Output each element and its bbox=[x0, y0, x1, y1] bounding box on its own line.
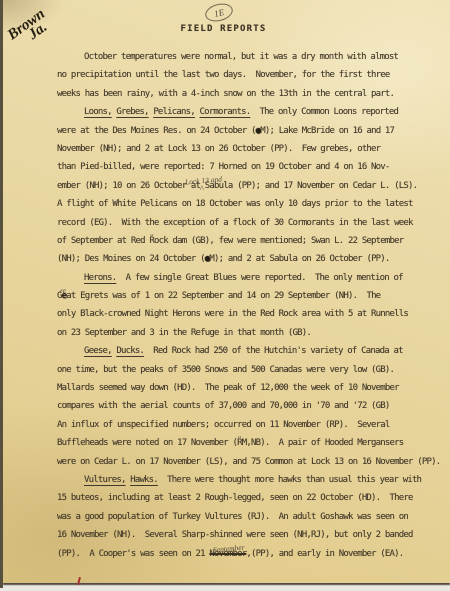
text-line: only Black-crowned Night Herons were in … bbox=[57, 305, 448, 323]
text-segment: were at the Des Moines Res. on 24 Octobe… bbox=[57, 126, 256, 136]
text-line: Vultures, Hawks. There were thought more… bbox=[57, 471, 448, 489]
text-segment: An influx of unspecified numbers; occurr… bbox=[57, 420, 390, 430]
text-line: was a good population of Turkey Vultures… bbox=[57, 508, 448, 526]
text-segment: Ducks. bbox=[116, 346, 144, 356]
document-body: October temperatures were normal, but it… bbox=[57, 48, 448, 563]
circled-page-mark-text: 1E bbox=[213, 6, 225, 18]
text-segment: M); and 2 at Sabula on 26 October (PP). bbox=[209, 254, 389, 264]
text-segment: Mallards seemed way down (HD). The peak … bbox=[57, 383, 399, 393]
text-segment: on 23 September and 3 in the Refuge in t… bbox=[57, 328, 311, 338]
text-segment: Herons. bbox=[84, 273, 116, 283]
text-line: of September at Red R̈ock dam (GB), few … bbox=[57, 232, 448, 250]
text-line: 15 buteos, including at least 2 Rough-le… bbox=[57, 489, 448, 507]
text-segment: were on Cedar L. on 17 November (LS), an… bbox=[57, 457, 440, 467]
text-line: than Pied-billed, were reported: 7 Horne… bbox=[57, 158, 448, 176]
text-line: were on Cedar L. on 17 November (LS), an… bbox=[57, 453, 448, 471]
text-segment: only Black-crowned Night Herons were in … bbox=[57, 309, 408, 319]
text-line: Buffleheads were noted on 17 November (R… bbox=[57, 434, 448, 452]
text-line: Loons, Grebes, Pelicans, Cormorants. The… bbox=[57, 103, 448, 121]
text-line: Gereat Egrets was of 1 on 22 September a… bbox=[57, 287, 448, 305]
text-segment: compares with the aerial counts of 37,00… bbox=[57, 401, 390, 411]
text-segment: A few single Great Blues were reported. … bbox=[116, 273, 402, 283]
document-title: FIELD REPORTS bbox=[3, 24, 444, 34]
text-segment: October temperatures were normal, but it… bbox=[84, 52, 398, 62]
text-line: An influx of unspecified numbers; occurr… bbox=[57, 416, 448, 434]
text-line: Herons. A few single Great Blues were re… bbox=[57, 269, 448, 287]
text-segment: Red Rock had 250 of the Hutchin's variet… bbox=[144, 346, 403, 356]
text-line: November (NH); and 2 at Lock 13 on 26 Oc… bbox=[57, 140, 448, 158]
text-segment: ember (NH); 10 on 26 October at bbox=[57, 181, 205, 191]
text-segment: 15 buteos, including at least 2 Rough-le… bbox=[57, 493, 413, 503]
text-segment: (PP); and 17 November on Cedar L. (LS). bbox=[233, 181, 418, 191]
text-segment: (NH); Des Moines on 24 October ( bbox=[57, 254, 205, 264]
text-segment: A flight of White Pelicans on 18 October… bbox=[57, 199, 413, 209]
text-segment: (PP). A Cooper's was seen on 21 bbox=[57, 549, 209, 559]
text-line: on 23 September and 3 in the Refuge in t… bbox=[57, 324, 448, 342]
text-line: A flight of White Pelicans on 18 October… bbox=[57, 195, 448, 213]
text-segment: than Pied-billed, were reported: 7 Horne… bbox=[57, 162, 390, 172]
text-segment: M); Lake McBride on 16 and 17 bbox=[260, 126, 394, 136]
scan-edge bbox=[0, 0, 3, 588]
handwritten-annotation: re bbox=[59, 282, 67, 301]
text-line: were at the Des Moines Res. on 24 Octobe… bbox=[57, 122, 448, 140]
text-segment: The only Common Loons reported bbox=[250, 107, 398, 117]
text-segment: There were thought more hawks than usual… bbox=[158, 475, 421, 485]
text-segment: weeks has been rainy, with a 4-inch snow… bbox=[57, 89, 394, 99]
text-line: one time, but the peaks of 3500 Snows an… bbox=[57, 361, 448, 379]
text-line: Geese, Ducks. Red Rock had 250 of the Hu… bbox=[57, 342, 448, 360]
text-line: ember (NH); 10 on 26 October at SabulaLo… bbox=[57, 177, 448, 195]
text-segment: at Egrets was of 1 on 22 September and 1… bbox=[66, 291, 380, 301]
text-segment: ,(PP), and early in November (EA). bbox=[246, 549, 403, 559]
text-segment: Cormorants. bbox=[200, 107, 251, 117]
text-segment: Grebes, bbox=[116, 107, 148, 117]
text-line: October temperatures were normal, but it… bbox=[57, 48, 448, 66]
caret-annotation: ^ bbox=[200, 180, 204, 198]
text-segment: ere bbox=[62, 291, 67, 301]
text-line: (PP). A Cooper's was seen on 21 November… bbox=[57, 545, 448, 563]
text-segment: Geese, bbox=[84, 346, 112, 356]
text-segment: was a good population of Turkey Vultures… bbox=[57, 512, 408, 522]
text-segment: no precipitation until the last two days… bbox=[57, 70, 390, 80]
text-segment: Buffleheads were noted on 17 November (R… bbox=[57, 438, 403, 448]
text-line: (NH); Des Moines on 24 October (●M); and… bbox=[57, 250, 448, 268]
text-segment: November (NH); and 2 at Lock 13 on 26 Oc… bbox=[57, 144, 380, 154]
text-segment: record (EG). With the exception of a flo… bbox=[57, 218, 413, 228]
text-line: weeks has been rainy, with a 4-inch snow… bbox=[57, 85, 448, 103]
text-segment: Hawks. bbox=[130, 475, 158, 485]
text-segment: Loons, bbox=[84, 107, 112, 117]
text-segment: Vultures, bbox=[84, 475, 126, 485]
text-line: compares with the aerial counts of 37,00… bbox=[57, 397, 448, 415]
text-line: Mallards seemed way down (HD). The peak … bbox=[57, 379, 448, 397]
text-segment: of September at Red R̈ock dam (GB), few … bbox=[57, 236, 403, 246]
handwritten-annotation: September bbox=[213, 538, 246, 559]
text-line: 16 November (NH). Several Sharp-shinned … bbox=[57, 526, 448, 544]
text-line: no precipitation until the last two days… bbox=[57, 66, 448, 84]
text-segment: Pelicans, bbox=[153, 107, 195, 117]
text-segment: SabulaLock 13 and^ bbox=[205, 181, 233, 191]
text-segment: NovemberSeptember bbox=[209, 549, 246, 559]
text-segment: one time, but the peaks of 3500 Snows an… bbox=[57, 365, 394, 375]
scanned-page: 1E Brown Ja. FIELD REPORTS October tempe… bbox=[0, 0, 450, 591]
text-line: record (EG). With the exception of a flo… bbox=[57, 214, 448, 232]
